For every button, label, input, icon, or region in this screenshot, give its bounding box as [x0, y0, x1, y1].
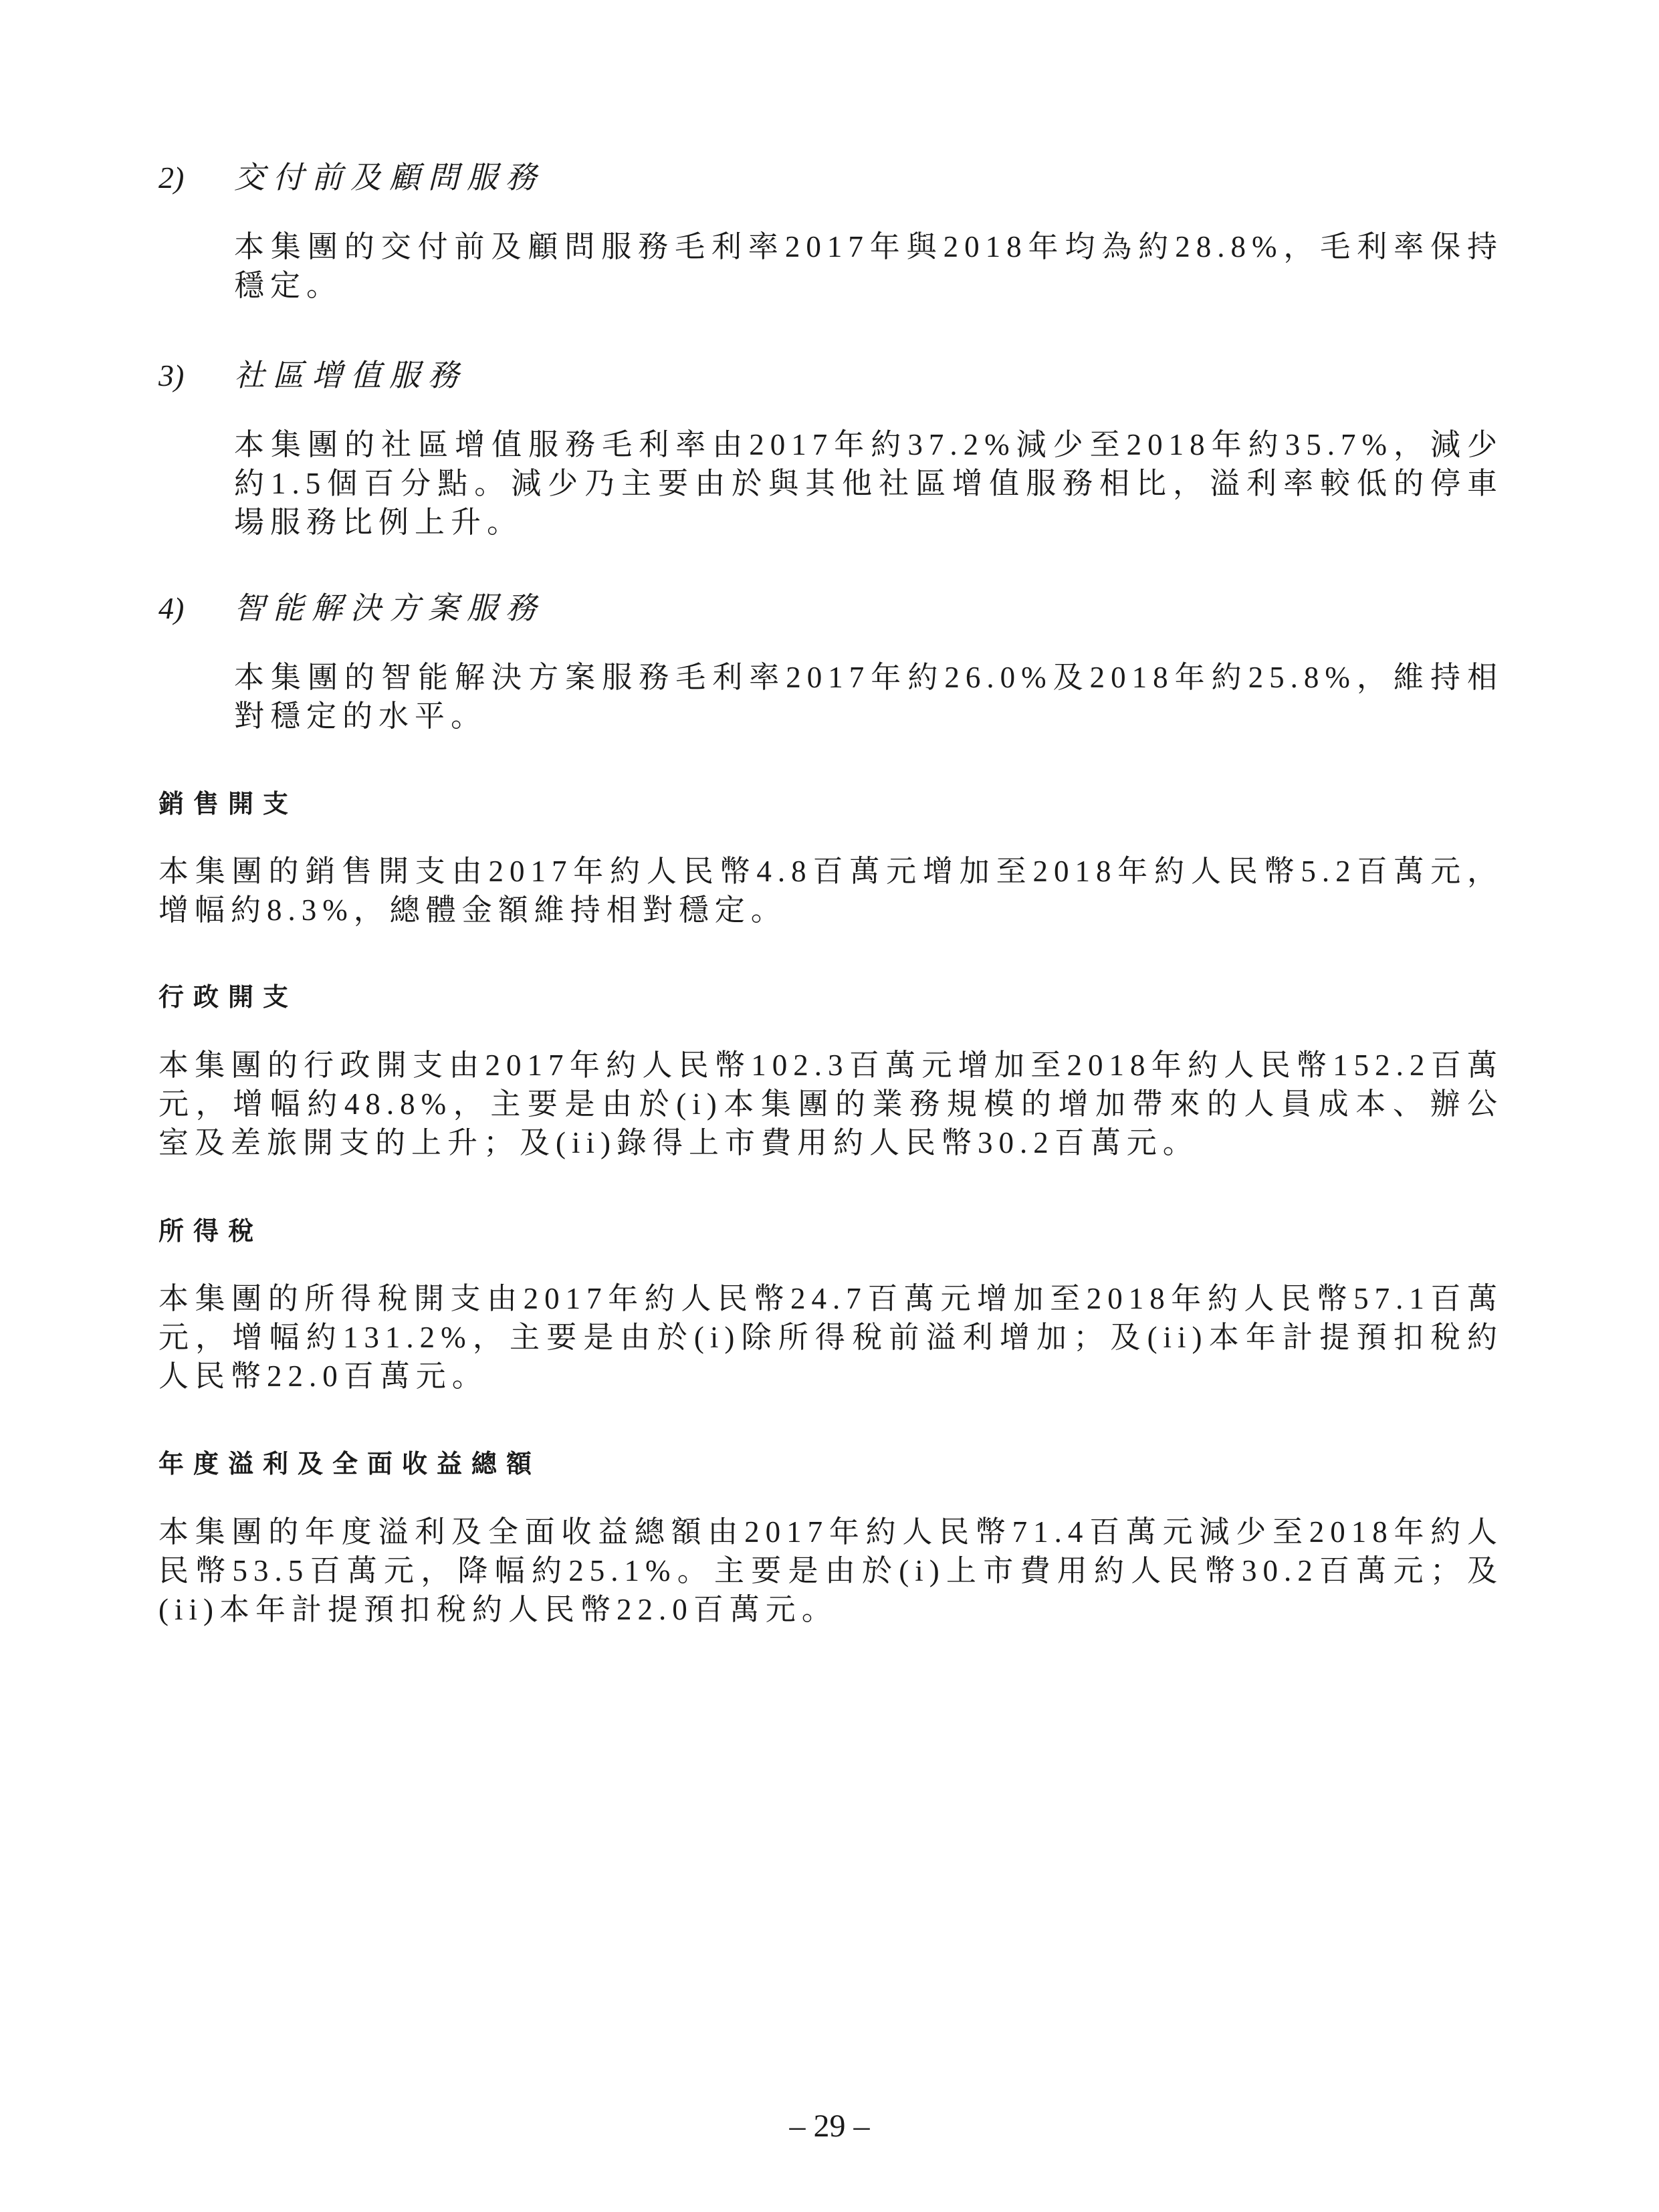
subsection-heading-smart-solutions: 4)智能解決方案服務 [158, 588, 544, 629]
paragraph-profit-comprehensive-income: 本集團的年度溢利及全面收益總額由2017年約人民幣71.4百萬元減少至2018年… [158, 1513, 1503, 1629]
subsection-number: 3) [158, 356, 234, 396]
section-heading-administrative-expenses: 行政開支 [158, 980, 298, 1014]
document-page: 2)交付前及顧問服務 本集團的交付前及顧問服務毛利率2017年與2018年均為約… [0, 0, 1659, 2212]
subsection-number: 2) [158, 158, 234, 198]
paragraph-selling-expenses: 本集團的銷售開支由2017年約人民幣4.8百萬元增加至2018年約人民幣5.2百… [158, 852, 1503, 929]
section-heading-profit-comprehensive-income: 年度溢利及全面收益總額 [158, 1447, 541, 1480]
section-heading-selling-expenses: 銷售開支 [158, 787, 298, 820]
paragraph-community-value-added: 本集團的社區增值服務毛利率由2017年約37.2%減少至2018年約35.7%，… [234, 425, 1503, 542]
subsection-title: 智能解決方案服務 [234, 591, 544, 625]
subsection-title: 社區增值服務 [234, 358, 467, 393]
paragraph-smart-solutions: 本集團的智能解決方案服務毛利率2017年約26.0%及2018年約25.8%，維… [234, 658, 1503, 736]
paragraph-income-tax: 本集團的所得稅開支由2017年約人民幣24.7百萬元增加至2018年約人民幣57… [158, 1279, 1503, 1396]
section-heading-income-tax: 所得稅 [158, 1214, 263, 1248]
subsection-heading-community-value-added: 3)社區增值服務 [158, 356, 467, 396]
paragraph-pre-delivery: 本集團的交付前及顧問服務毛利率2017年與2018年均為約28.8%，毛利率保持… [234, 227, 1503, 305]
subsection-title: 交付前及顧問服務 [234, 160, 544, 195]
subsection-heading-pre-delivery: 2)交付前及顧問服務 [158, 158, 544, 198]
subsection-number: 4) [158, 588, 234, 629]
page-number: – 29 – [0, 2106, 1659, 2146]
paragraph-administrative-expenses: 本集團的行政開支由2017年約人民幣102.3百萬元增加至2018年約人民幣15… [158, 1046, 1503, 1162]
